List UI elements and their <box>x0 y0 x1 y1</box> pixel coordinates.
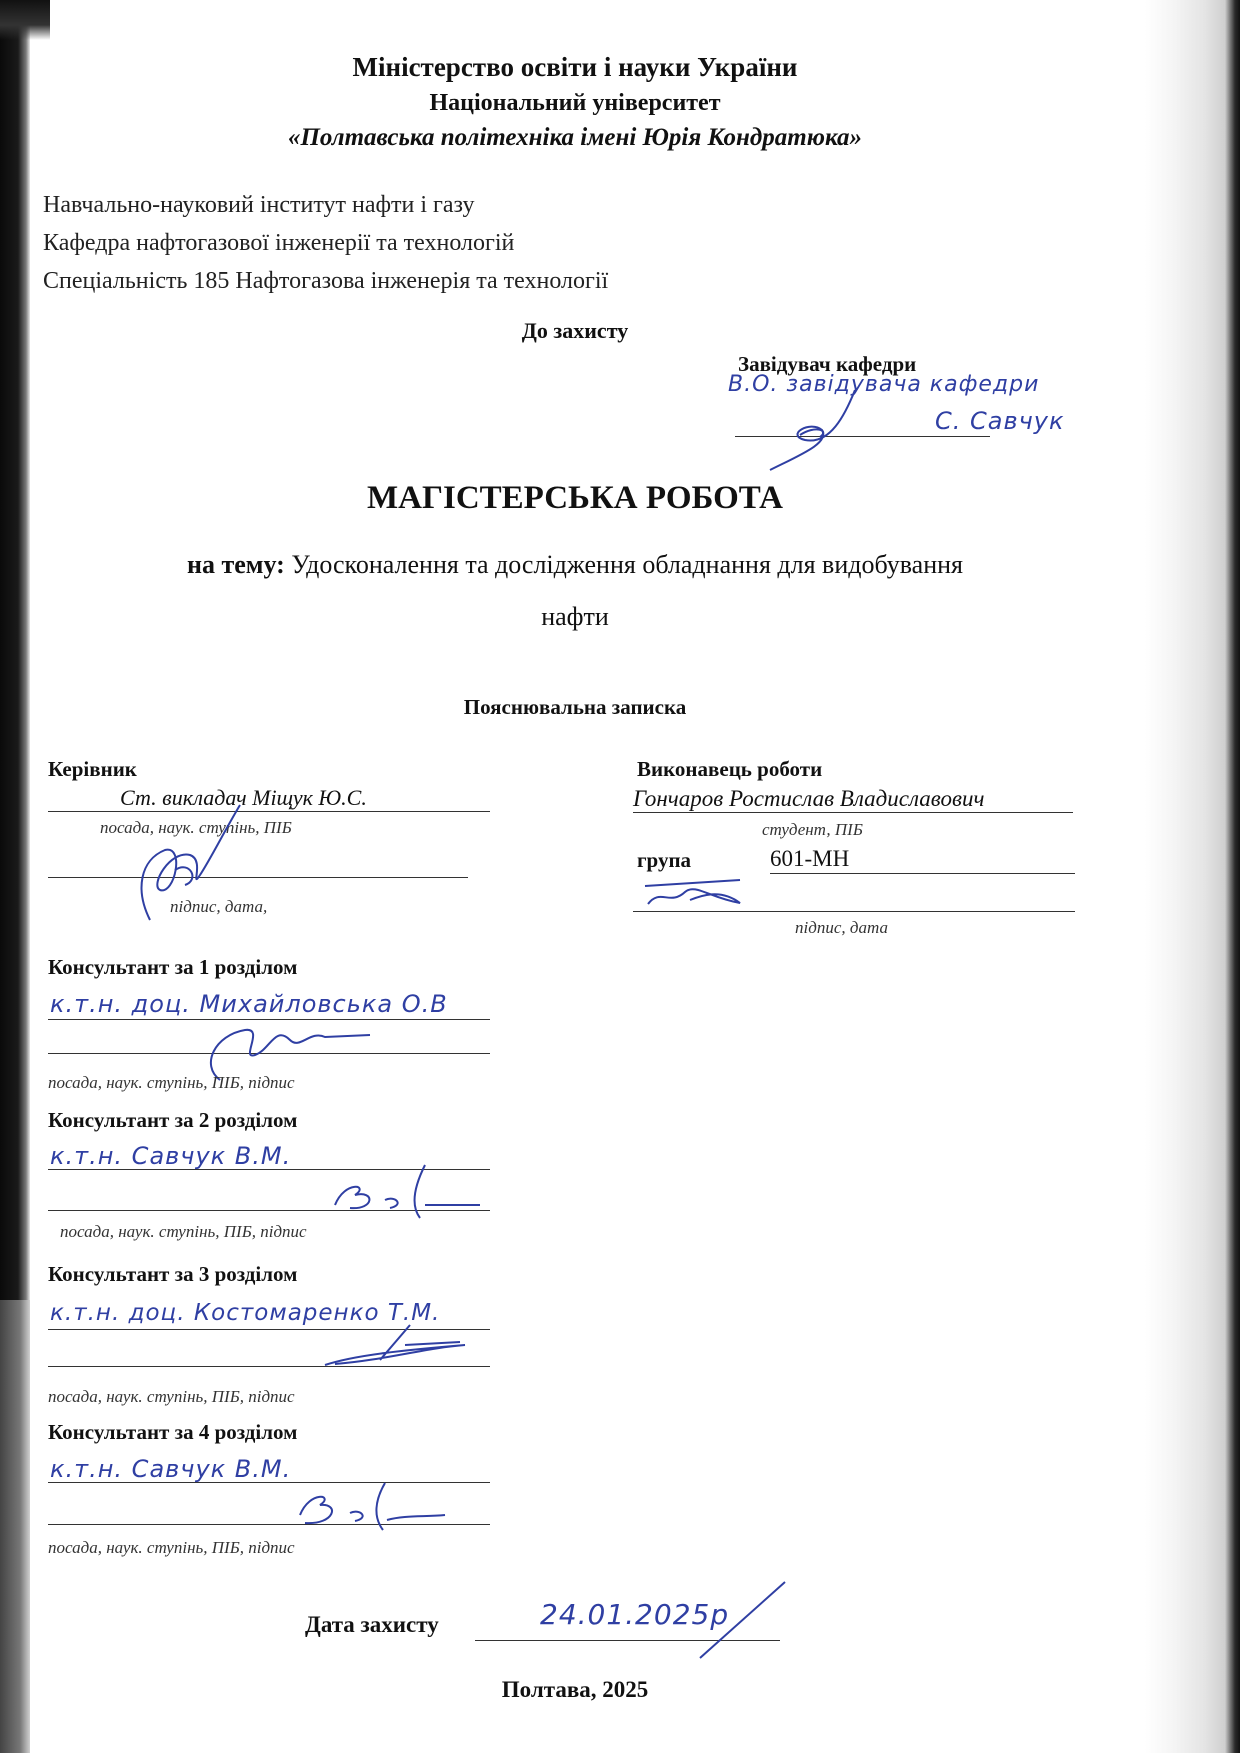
consultant-3-caption: посада, наук. ступінь, ПІБ, підпис <box>48 1387 295 1407</box>
head-signature-icon <box>760 385 880 475</box>
supervisor-signature-line <box>48 877 468 878</box>
scan-edge-right <box>1145 0 1240 1753</box>
group-label: група <box>637 848 691 873</box>
executor-name-line <box>633 812 1073 813</box>
supervisor-label: Керівник <box>48 757 137 782</box>
supervisor-line <box>48 811 490 812</box>
executor-signature-line <box>633 911 1075 912</box>
executor-name: Гончаров Ростислав Владиславович <box>633 786 984 812</box>
place-year: Полтава, 2025 <box>0 1677 1150 1703</box>
consultant-1-label: Консультант за 1 розділом <box>48 955 297 980</box>
consultant-3-signature-icon <box>315 1320 475 1370</box>
chair-line: Кафедра нафтогазової інженерії та технол… <box>43 230 514 257</box>
defense-date-slash-icon <box>680 1580 800 1660</box>
work-type-title: МАГІСТЕРСЬКА РОБОТА <box>0 480 1150 517</box>
university-name: «Полтавська політехніка імені Юрія Кондр… <box>0 124 1150 152</box>
group-line <box>770 873 1075 874</box>
specialty-line: Спеціальність 185 Нафтогазова інженерія … <box>43 268 608 295</box>
scan-corner-top <box>0 0 50 40</box>
consultant-4-handwritten: к.т.н. Савчук В.М. <box>50 1455 291 1483</box>
consultant-1-caption: посада, наук. ступінь, ПІБ, підпис <box>48 1073 295 1093</box>
supervisor-signature-icon <box>130 800 250 930</box>
executor-caption-name: студент, ПІБ <box>762 820 863 840</box>
topic-label: на тему: <box>187 550 285 579</box>
consultant-2-caption: посада, наук. ступінь, ПІБ, підпис <box>60 1222 307 1242</box>
institute-line: Навчально-науковий інститут нафти і газу <box>43 192 475 219</box>
consultant-4-caption: посада, наук. ступінь, ПІБ, підпис <box>48 1538 295 1558</box>
consultant-3-label: Консультант за 3 розділом <box>48 1262 297 1287</box>
consultant-2-signature-icon <box>330 1160 490 1220</box>
topic-text: Удосконалення та дослідження обладнання … <box>291 550 963 579</box>
to-defense-label: До захисту <box>0 318 1150 344</box>
university-title: Національний університет <box>0 90 1150 117</box>
consultant-4-signature-icon <box>295 1475 465 1535</box>
explanatory-note-label: Пояснювальна записка <box>0 695 1150 720</box>
group-value: 601-МН <box>770 846 849 872</box>
executor-signature-icon <box>640 878 750 910</box>
ministry-title: Міністерство освіти і науки України <box>0 52 1150 83</box>
topic-line-2: нафти <box>0 602 1150 632</box>
topic-line-1: на тему: Удосконалення та дослідження об… <box>0 550 1150 580</box>
consultant-2-label: Консультант за 2 розділом <box>48 1108 297 1133</box>
defense-date-label: Дата захисту <box>305 1612 439 1638</box>
consultant-1-handwritten: к.т.н. доц. Михайловська О.В <box>50 990 448 1018</box>
head-handwritten-name: С. Савчук <box>935 407 1065 435</box>
executor-label: Виконавець роботи <box>637 757 822 782</box>
executor-caption-signature: підпис, дата <box>795 918 888 938</box>
consultant-4-label: Консультант за 4 розділом <box>48 1420 297 1445</box>
consultant-2-handwritten: к.т.н. Савчук В.М. <box>50 1142 291 1170</box>
